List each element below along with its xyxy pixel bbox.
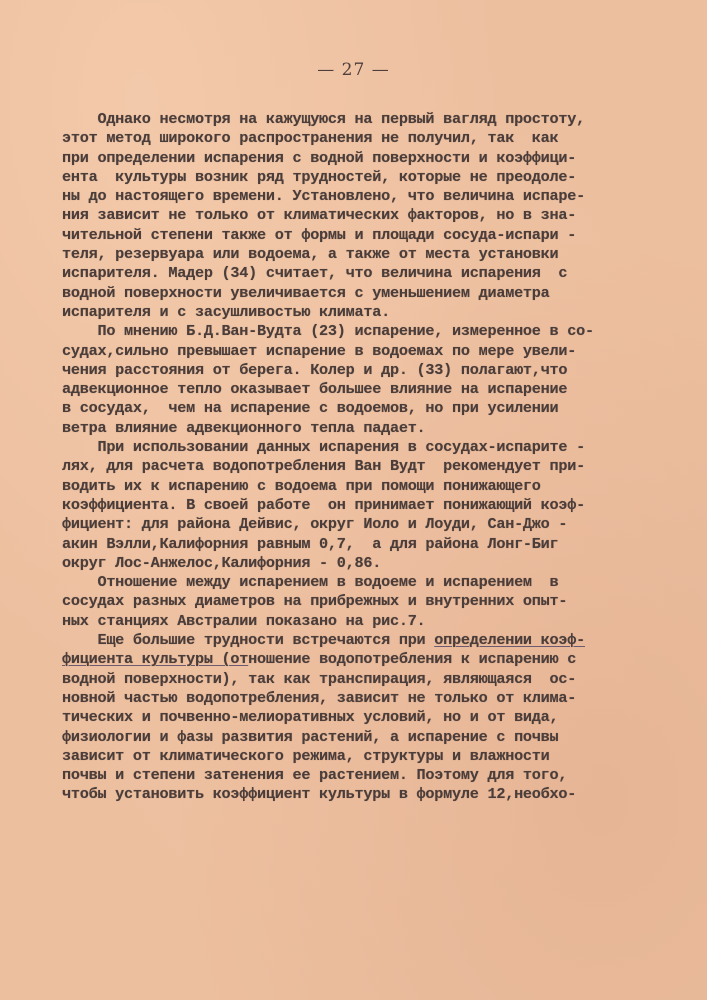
text-line: чения расстояния от берега. Колер и др. … [62,361,622,380]
text-line: теля, резервуара или водоема, а также от… [62,245,622,264]
text-line: ента культуры возник ряд трудностей, кот… [62,168,622,187]
text-line: адвекционное тепло оказывает большее вли… [62,380,622,399]
handwritten-underline: фициента культуры (от [62,650,248,668]
text-line: Отношение между испарением в водоеме и и… [62,573,622,592]
text-line: испарителя и с засушливостью климата. [62,303,622,322]
text-line: водить их к испарению с водоема при помо… [62,477,622,496]
text-line: чительной степени также от формы и площа… [62,226,622,245]
text-line: зависит от климатического режима, структ… [62,747,622,766]
body-text: Однако несмотря на кажущуюся на первый в… [62,110,622,805]
text-line: водной поверхности увеличивается с умень… [62,284,622,303]
text-line: ния зависит не только от климатических ф… [62,206,622,225]
page-number: — 27 — [0,60,707,80]
text-line: лях, для расчета водопотребления Ван Вуд… [62,457,622,476]
text-line: Однако несмотря на кажущуюся на первый в… [62,110,622,129]
handwritten-underline: определении коэф- [434,631,585,649]
text-line: физиологии и фазы развития растений, а и… [62,728,622,747]
text-line: При использовании данных испарения в сос… [62,438,622,457]
text-line: ветра влияние адвекционного тепла падает… [62,419,622,438]
text-line: новной частью водопотребления, зависит н… [62,689,622,708]
text-line: ных станциях Австралии показано на рис.7… [62,612,622,631]
text-line: сосудах разных диаметров на прибрежных и… [62,592,622,611]
text-line: округ Лос-Анжелос,Калифорния - 0,86. [62,554,622,573]
text-line: чтобы установить коэффициент культуры в … [62,785,622,804]
text-line: в сосудах, чем на испарение с водоемов, … [62,399,622,418]
text-line: Еще большие трудности встречаются при оп… [62,631,622,650]
text-line: почвы и степени затенения ее растением. … [62,766,622,785]
text-line: при определении испарения с водной повер… [62,149,622,168]
text-line: этот метод широкого распространения не п… [62,129,622,148]
document-page: — 27 — Однако несмотря на кажущуюся на п… [0,0,707,1000]
text-line: акин Вэлли,Калифорния равным 0,7, а для … [62,535,622,554]
text-line: ны до настоящего времени. Установлено, ч… [62,187,622,206]
text-line: коэффициента. В своей работе он принимае… [62,496,622,515]
text-line: тических и почвенно-мелиоративных услови… [62,708,622,727]
text-line: испарителя. Мадер (34) считает, что вели… [62,264,622,283]
text-line: судах,сильно превышает испарение в водое… [62,342,622,361]
text-line: фициента культуры (отношение водопотребл… [62,650,622,669]
text-line: водной поверхности), так как транспираци… [62,670,622,689]
text-line: фициент: для района Дейвис, округ Иоло и… [62,515,622,534]
text-line: По мнению Б.Д.Ван-Вудта (23) испарение, … [62,322,622,341]
